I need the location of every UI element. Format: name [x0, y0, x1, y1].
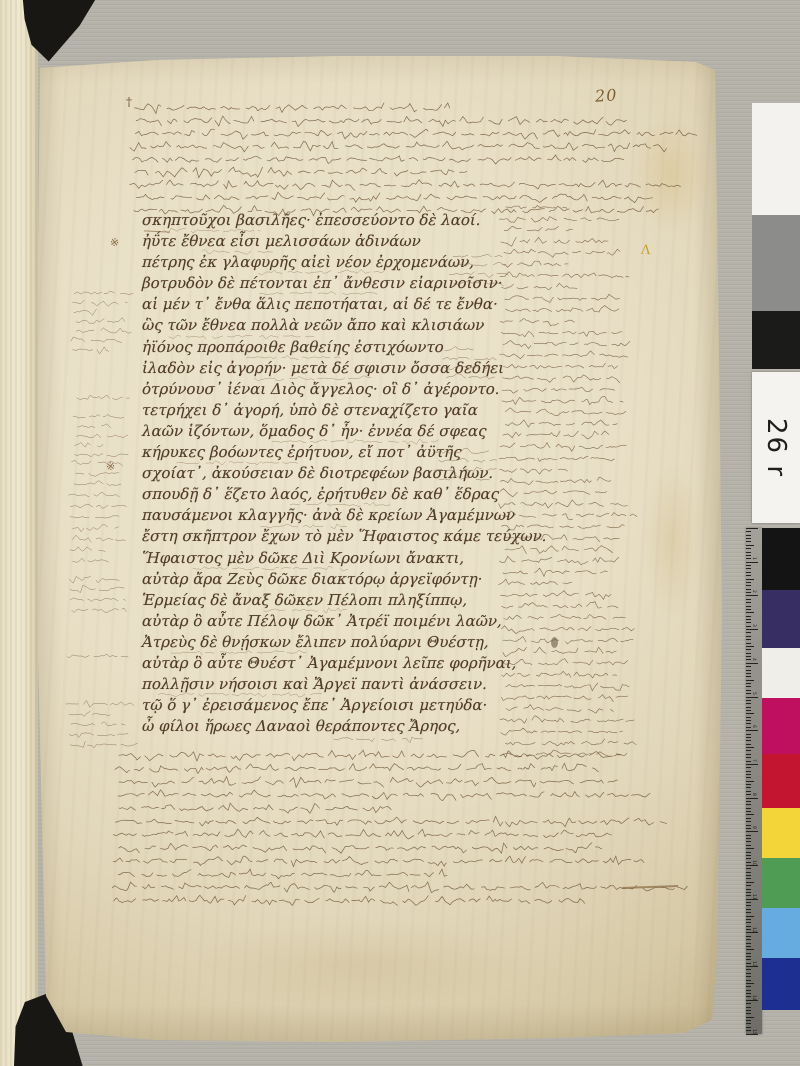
scholia-line [72, 558, 108, 562]
scholia-line [75, 443, 104, 448]
ruler-tick [746, 835, 751, 836]
scholia-line [501, 695, 628, 702]
measuring-ruler: 123456789101112131415 [746, 528, 762, 1034]
ruler-tick [746, 531, 751, 532]
ruler-tick [746, 545, 754, 546]
scholia-line [68, 492, 119, 497]
interlinear-gloss [163, 332, 329, 347]
left-margin-note-2 [76, 392, 140, 410]
interlinear-gloss [283, 500, 401, 515]
scholia-line [74, 481, 121, 486]
ruler-tick [746, 774, 751, 775]
ruler-tick [746, 905, 751, 906]
ruler-tick [746, 784, 751, 785]
ruler-tick [746, 808, 751, 809]
scholia-line [260, 524, 347, 529]
ruler-tick [746, 697, 758, 698]
scholia-line [505, 306, 619, 313]
ruler-tick [746, 771, 751, 772]
scholia-line [500, 469, 568, 474]
ruler-tick [746, 798, 758, 799]
ruler-tick [746, 1010, 751, 1011]
ruler-tick [746, 922, 751, 923]
scholia-line [171, 650, 306, 655]
scholia-line [118, 790, 650, 801]
verse-line: τετρήχει δ᾽ ἀγορή, ὑπὸ δὲ στεναχίζετο γα… [142, 401, 515, 422]
ruler-tick [746, 939, 751, 940]
ruler-tick [746, 980, 751, 981]
ruler-number: 14 [751, 995, 756, 1001]
ruler-tick [746, 686, 751, 687]
scholia-line [72, 608, 127, 613]
scholia-line [439, 458, 497, 462]
scholia-line [501, 237, 609, 246]
ruler-tick [746, 572, 751, 573]
ruler-number: 4 [751, 658, 756, 661]
ruler-tick [746, 730, 758, 731]
ruler-tick [746, 552, 751, 553]
ruler-tick [746, 868, 751, 869]
ruler-tick [746, 663, 758, 664]
scholia-line [76, 434, 128, 438]
scholia-line [136, 116, 627, 127]
scholia-line [503, 637, 634, 644]
scholia-line [77, 424, 111, 428]
scholia-line [289, 503, 390, 508]
ruler-tick [746, 811, 751, 812]
ruler-number: 1 [751, 557, 756, 560]
scholia-line [130, 141, 667, 152]
ruler-tick [746, 619, 751, 620]
ruler-tick [746, 717, 751, 718]
ruler-tick [746, 916, 754, 917]
scholia-line [70, 741, 137, 748]
ruler-number: 10 [751, 860, 756, 866]
ruler-tick [746, 555, 751, 556]
scholia-line [76, 328, 131, 333]
grayscale-patch-mid-gray [752, 215, 800, 311]
asterisk-mark-1: ※ [109, 235, 120, 249]
scholia-line [505, 294, 620, 302]
scholia-line [201, 250, 272, 255]
ruler-tick [746, 707, 751, 708]
scholia-line [334, 737, 423, 743]
ruler-tick [746, 956, 751, 957]
scholia-line [502, 511, 637, 519]
ruler-tick [746, 814, 754, 815]
ruler-tick [746, 582, 751, 583]
scholia-line [69, 711, 111, 717]
grayscale-calibration-strip [752, 103, 800, 369]
scholia-line [500, 716, 635, 724]
scholia-line [71, 722, 126, 726]
ruler-tick [746, 673, 751, 674]
scholia-line [501, 728, 623, 735]
scholia-line [501, 602, 618, 608]
scholia-line [176, 461, 298, 465]
scholia-line [76, 472, 119, 476]
ruler-tick [746, 757, 751, 758]
ruler-tick [746, 838, 751, 839]
ruler-tick [746, 632, 751, 633]
scholia-line [158, 693, 322, 698]
ruler-number: 12 [751, 927, 756, 933]
ruler-tick [746, 976, 751, 977]
scholia-line [113, 856, 644, 867]
ruler-tick [746, 690, 751, 691]
scholia-line [69, 733, 128, 738]
ruler-tick [746, 703, 751, 704]
ruler-number: 6 [751, 725, 756, 728]
intercolumn-gloss-2 [442, 344, 510, 388]
ruler-tick [746, 541, 751, 542]
scholia-bottom [112, 747, 706, 913]
asterisk-mark-2: ※ [105, 460, 116, 474]
scholia-line [498, 579, 572, 585]
ruler-tick [746, 676, 751, 677]
ruler-tick [746, 740, 751, 741]
interlinear-gloss [258, 522, 354, 537]
quire-letter-mark: Λ [640, 243, 650, 259]
scholia-line [506, 705, 614, 714]
ruler-tick [746, 680, 754, 681]
scholia-line [72, 300, 127, 306]
ruler-tick [746, 919, 751, 920]
ruler-tick [746, 602, 751, 603]
scholia-line [76, 318, 125, 324]
ruler-tick [746, 889, 751, 890]
left-margin-note-6 [66, 650, 136, 668]
scholia-line [504, 614, 626, 619]
scholia-line [503, 647, 617, 656]
ruler-tick [746, 902, 751, 903]
ruler-tick [746, 538, 751, 539]
ruler-tick [746, 1003, 751, 1004]
interlinear-gloss [186, 564, 371, 579]
ruler-tick [746, 781, 754, 782]
scholia-line [504, 659, 628, 665]
ruler-tick [746, 993, 751, 994]
ruler-tick [746, 912, 751, 913]
ruler-tick [746, 616, 751, 617]
interlinear-gloss [170, 648, 316, 663]
interlinear-gloss [161, 226, 279, 241]
scholia-line [505, 739, 636, 746]
scholia-line [502, 396, 624, 404]
scholia-line [135, 129, 697, 139]
ruler-tick [746, 953, 751, 954]
ruler-tick [746, 713, 754, 714]
left-margin-note-4 [68, 455, 134, 573]
scholia-line [446, 374, 495, 380]
scholia-line [258, 270, 384, 276]
ruler-tick [746, 946, 751, 947]
ruler-tick [746, 943, 751, 944]
color-patch-magenta [762, 698, 800, 754]
interlinear-gloss [261, 606, 359, 621]
ruler-tick [746, 878, 751, 879]
scholia-line [454, 280, 504, 286]
ruler-tick [746, 606, 751, 607]
ruler-tick [746, 882, 754, 883]
ruler-tick [746, 852, 751, 853]
scholia-line [506, 206, 568, 209]
scholia-line [505, 534, 620, 542]
ruler-tick [746, 831, 758, 832]
ruler-tick [746, 892, 751, 893]
scholia-line [505, 408, 626, 416]
ruler-tick [746, 885, 751, 886]
ruler-number: 11 [751, 894, 756, 900]
ruler-tick [746, 562, 758, 563]
ruler-tick [746, 579, 754, 580]
ruler-tick [746, 528, 758, 529]
intercolumn-gloss-1 [448, 250, 514, 294]
scholia-line [506, 683, 630, 691]
ruler-number: 9 [751, 826, 756, 829]
scholia-line [501, 626, 634, 634]
scholia-line [501, 525, 624, 530]
ruler-tick [746, 990, 751, 991]
ruler-tick [746, 818, 751, 819]
scholia-line [72, 347, 109, 354]
scholia-line [500, 319, 575, 326]
scholia-line [70, 516, 119, 518]
scholia-line [169, 335, 315, 339]
scholia-line [73, 414, 124, 418]
scholia-line [66, 701, 135, 708]
ruler-tick [746, 609, 751, 610]
ruler-tick [746, 612, 754, 613]
color-patch-dark-blue [762, 958, 800, 1010]
interlinear-gloss [176, 458, 383, 473]
ruler-tick [746, 969, 751, 970]
scholia-line [503, 363, 618, 369]
ruler-tick [746, 986, 751, 987]
grayscale-patch-black [752, 311, 800, 369]
interlinear-gloss [254, 268, 404, 283]
ruler-tick [746, 801, 751, 802]
scholia-line [503, 568, 608, 576]
ruler-tick [746, 653, 751, 654]
ruler-tick [746, 643, 751, 644]
scholia-line [71, 337, 122, 343]
scholia-line [135, 167, 467, 178]
interlinear-gloss [254, 289, 409, 304]
scholia-line [500, 443, 626, 452]
scholia-line [503, 431, 609, 439]
scholia-line [444, 364, 492, 369]
scholia-line [434, 467, 497, 473]
ruler-tick [746, 1017, 754, 1018]
scholia-line [118, 750, 621, 761]
scholia-line [115, 763, 599, 773]
scholia-line [500, 591, 611, 600]
ruler-tick [746, 636, 751, 637]
interlinear-gloss [267, 437, 451, 452]
scholia-line [118, 843, 602, 854]
ruler-number: 8 [751, 793, 756, 796]
ruler-tick [746, 973, 751, 974]
left-margin-note-1 [70, 287, 142, 362]
ruler-number: 3 [751, 624, 756, 627]
scholia-line [272, 439, 439, 444]
ruler-number: 13 [751, 961, 756, 967]
scholia-line [69, 576, 119, 583]
scholia-line [254, 375, 371, 380]
scholia-line [503, 341, 630, 349]
scholia-line [119, 803, 392, 813]
interlinear-gloss [243, 353, 357, 368]
scholia-line [500, 272, 630, 278]
scholia-line [439, 475, 490, 480]
ruler-tick [746, 737, 751, 738]
scholia-line [499, 556, 619, 564]
scholia-line [502, 671, 617, 678]
manuscript-photo: 20 σκηπτοῦχοι βασιλῆες· ἐπεσσεύοντο δὲ λ… [0, 0, 800, 1066]
book-fore-edge [0, 0, 38, 1066]
scholia-line [499, 500, 628, 508]
ruler-tick [746, 565, 751, 566]
scholia-line [501, 331, 622, 337]
ruler-tick [746, 750, 751, 751]
ruler-tick [746, 646, 754, 647]
scholia-line [500, 477, 611, 485]
color-calibration-bar [762, 528, 800, 1010]
scholia-line [72, 525, 118, 532]
ruler-number: 15 [751, 1029, 756, 1035]
scholia-line [115, 816, 667, 826]
ruler-number: 5 [751, 692, 756, 695]
ruler-tick [746, 700, 751, 701]
scholia-line [129, 180, 680, 191]
scholia-line [504, 226, 573, 231]
ruler-tick [746, 585, 751, 586]
ruler-tick [746, 599, 751, 600]
ruler-tick [746, 841, 751, 842]
ruler-tick [746, 909, 751, 910]
color-patch-black [762, 528, 800, 590]
scholia-line [500, 489, 607, 497]
grayscale-patch-white [752, 103, 800, 215]
ruler-tick [746, 575, 751, 576]
ruler-tick [746, 734, 751, 735]
color-patch-light-blue [762, 908, 800, 958]
scholia-line [72, 535, 125, 542]
ruler-tick [746, 787, 751, 788]
color-patch-white [762, 648, 800, 698]
scholia-line [505, 420, 617, 427]
ruler-tick [746, 767, 751, 768]
ruler-tick [746, 639, 751, 640]
ruler-tick [746, 666, 751, 667]
ruler-tick [746, 747, 754, 748]
scholia-line [499, 457, 615, 462]
color-patch-red [762, 754, 800, 808]
scholia-line [70, 598, 126, 602]
scholia-line [453, 262, 505, 266]
scholia-line [114, 895, 585, 905]
color-patch-yellow [762, 808, 800, 858]
interlinear-gloss [249, 374, 404, 389]
scholia-line [193, 566, 348, 571]
ruler-tick [746, 568, 751, 569]
ruler-tick [746, 1023, 751, 1024]
ruler-tick [746, 855, 751, 856]
ruler-tick [746, 804, 751, 805]
scholia-line [132, 155, 624, 164]
ruler-tick [746, 683, 751, 684]
ruler-tick [746, 949, 754, 950]
ruler-tick [746, 821, 751, 822]
left-margin-note-5 [66, 573, 134, 621]
scholia-line [453, 255, 503, 258]
ruler-tick [746, 656, 751, 657]
interlinear-gloss [196, 247, 282, 262]
scholia-line [264, 607, 347, 613]
ruler-number: 7 [751, 759, 756, 762]
scholia-right-column [498, 200, 642, 767]
scholia-line [445, 346, 474, 350]
ruler-tick [746, 936, 751, 937]
ruler-tick [746, 777, 751, 778]
ruler-tick [746, 848, 754, 849]
scholia-line [259, 292, 377, 295]
ruler-tick [746, 1007, 751, 1008]
scholia-line [164, 228, 260, 233]
ruler-tick [746, 548, 751, 549]
scholia-line [247, 355, 341, 359]
ruler-tick [746, 845, 751, 846]
intercolumn-gloss-3 [432, 446, 504, 490]
scholia-line [70, 505, 127, 509]
ruler-tick [746, 754, 751, 755]
scholia-line [502, 387, 615, 393]
ruler-tick [746, 875, 751, 876]
scholia-line [67, 654, 128, 658]
left-margin-note-7 [64, 698, 146, 756]
folio-label-text: 26 r [761, 417, 791, 477]
scholia-line [112, 882, 687, 893]
ruler-tick [746, 535, 751, 536]
scholia-line [70, 547, 106, 552]
scholia-line [118, 869, 447, 879]
color-patch-dark-violet [762, 590, 800, 648]
verse-line: ὦ φίλοι ἥρωες Δαναοὶ θεράποντες Ἄρηος, [142, 717, 515, 738]
catchnote-center [330, 733, 442, 750]
ruler-number: 2 [751, 590, 756, 593]
scholia-line [499, 217, 619, 223]
scholia-line [74, 309, 97, 316]
ruler-tick [746, 710, 751, 711]
ruler-tick [746, 983, 754, 984]
scholia-line [502, 375, 620, 383]
scholia-line [505, 546, 613, 554]
scholia-line [499, 351, 627, 359]
ruler-tick [746, 720, 751, 721]
scholia-line [449, 272, 509, 278]
ruler-tick [746, 595, 758, 596]
ruler-tick [746, 629, 758, 630]
ruler-tick [746, 649, 751, 650]
scholia-line [504, 249, 621, 257]
folio-label: 26 r [752, 372, 800, 523]
ruler-tick [746, 1013, 751, 1014]
ruler-tick [746, 744, 751, 745]
scholia-line [70, 585, 124, 592]
cross-mark: † [126, 95, 132, 109]
color-patch-green [762, 858, 800, 908]
